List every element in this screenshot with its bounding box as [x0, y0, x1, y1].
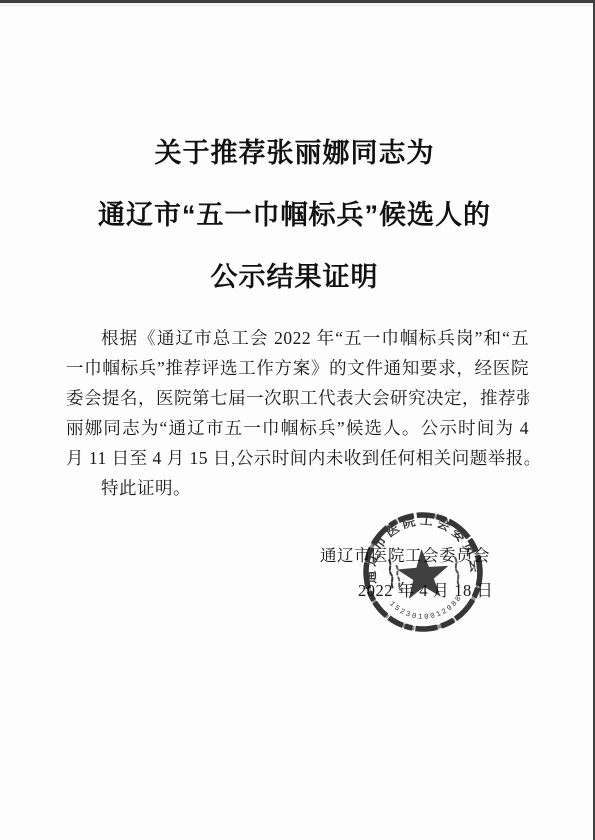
title-line-1: 关于推荐张丽娜同志为	[0, 131, 589, 193]
body-line: 月 11 日至 4 月 15 日,公示时间内未收到任何相关问题举报。	[66, 443, 529, 473]
star-icon	[396, 547, 451, 599]
certificate-page: 关于推荐张丽娜同志为 通辽市“五一巾帼标兵”候选人的 公示结果证明 根据《通辽市…	[0, 0, 595, 840]
official-round-seal: 通辽市医院工会委员会 1523010012988	[348, 497, 497, 646]
body-line: 根据《通辽市总工会 2022 年“五一巾帼标兵岗”和“五	[66, 323, 529, 353]
body-line: 一巾帼标兵”推荐评选工作方案》的文件通知要求，经医院	[66, 353, 529, 383]
scan-edge-top-shadow	[0, 3, 595, 7]
document-title: 关于推荐张丽娜同志为 通辽市“五一巾帼标兵”候选人的 公示结果证明	[0, 131, 589, 317]
title-line-2: 通辽市“五一巾帼标兵”候选人的	[0, 193, 589, 255]
document-body: 根据《通辽市总工会 2022 年“五一巾帼标兵岗”和“五 一巾帼标兵”推荐评选工…	[66, 323, 529, 503]
body-line: 委会提名，医院第七届一次职工代表大会研究决定，推荐张	[66, 383, 529, 413]
title-line-3: 公示结果证明	[0, 255, 589, 317]
body-line: 丽娜同志为“通辽市五一巾帼标兵”候选人。公示时间为 4	[66, 413, 529, 443]
